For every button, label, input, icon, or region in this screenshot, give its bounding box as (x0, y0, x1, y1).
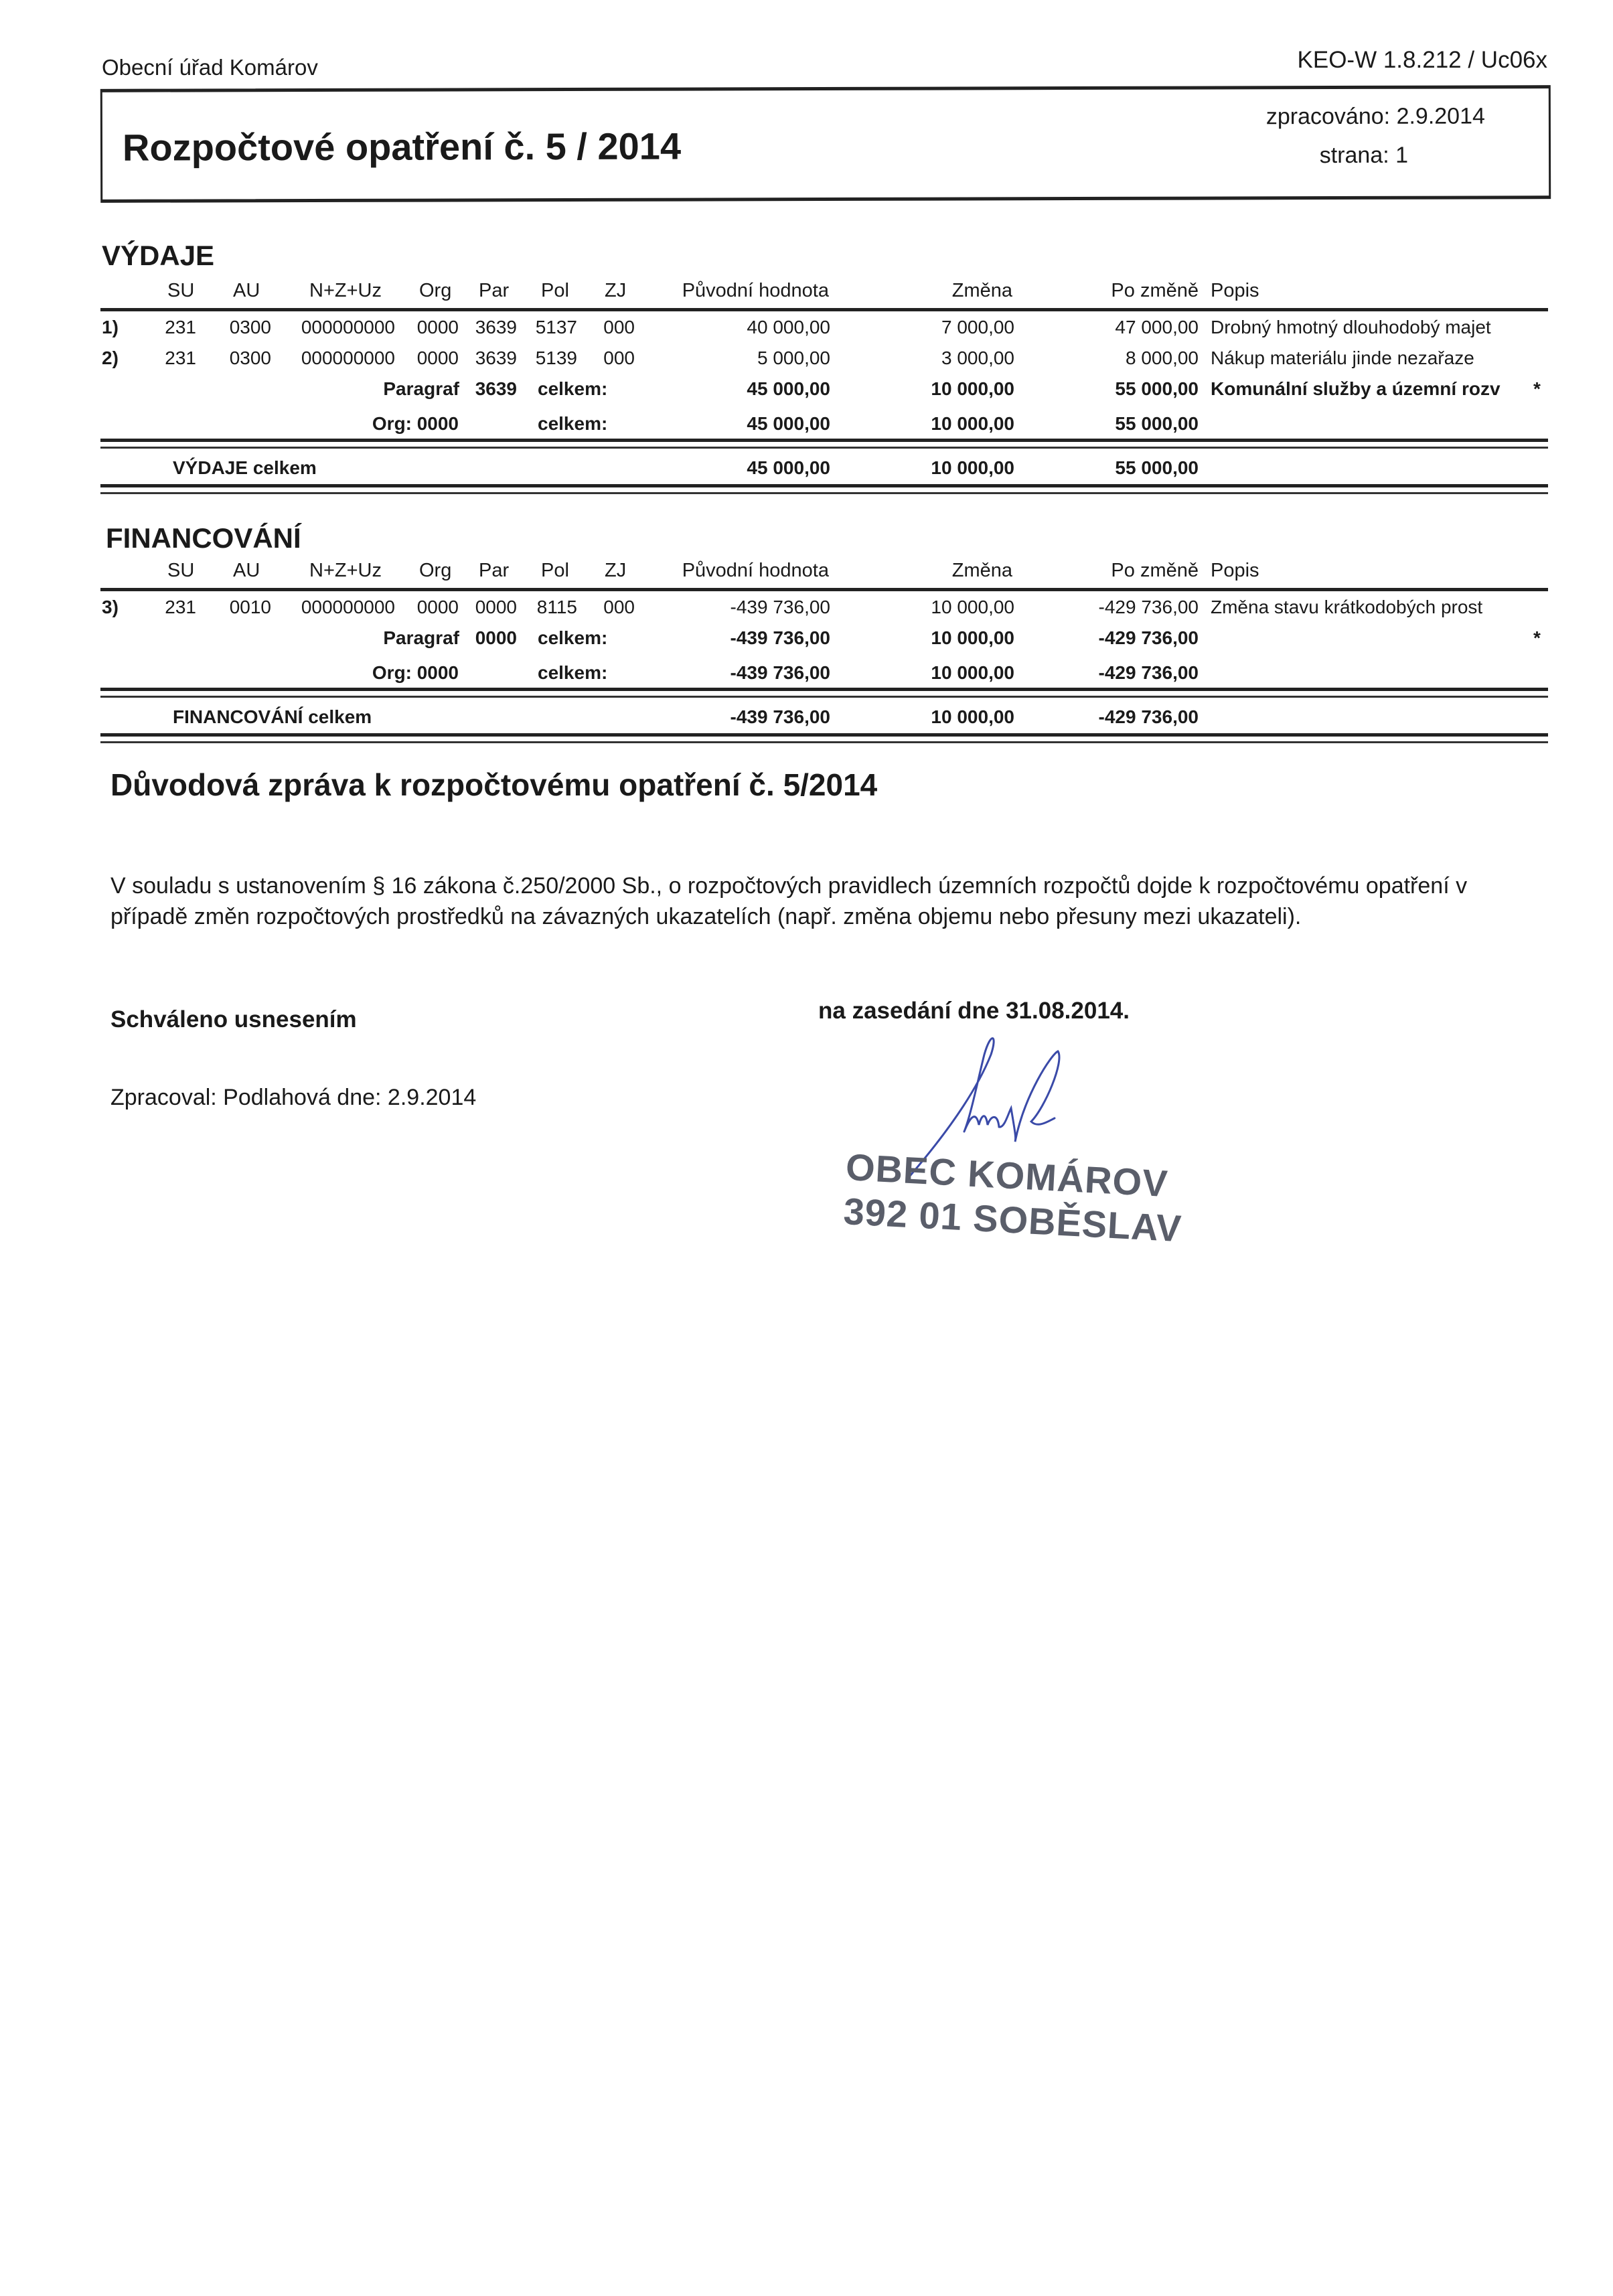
paragraph-total-code: 0000 (475, 627, 517, 649)
org-total-suffix: celkem: (538, 413, 607, 435)
cell-change: 10 000,00 (931, 597, 1014, 618)
rule-line (100, 588, 1548, 591)
cell-original: -439 736,00 (731, 597, 830, 618)
cell-change: 7 000,00 (941, 317, 1014, 338)
paragraph-total-code: 3639 (475, 378, 517, 400)
processed-label: zpracováno: (1266, 104, 1390, 129)
column-header-change: Změna (952, 560, 1012, 582)
column-header-par: Par (479, 560, 509, 582)
column-header-pol: Pol (541, 280, 569, 302)
grand-total-label: VÝDAJE celkem (173, 457, 317, 479)
cell-su: 231 (165, 348, 196, 369)
column-header-original: Původní hodnota (682, 280, 829, 302)
processed-by: Zpracoval: Podlahová dne: 2.9.2014 (110, 1085, 476, 1111)
column-header-su: SU (167, 560, 194, 582)
grand-total-original: -439 736,00 (731, 706, 830, 728)
paragraph-total-mark: * (1533, 627, 1541, 649)
cell-par: 0000 (475, 597, 517, 618)
rule-line (100, 688, 1548, 691)
cell-zj: 000 (603, 348, 635, 369)
rule-line (100, 733, 1548, 737)
org-total-original: -439 736,00 (731, 662, 830, 684)
document-title: Rozpočtové opatření č. 5 / 2014 (123, 125, 681, 169)
cell-au: 0300 (230, 348, 271, 369)
column-header-su: SU (167, 280, 194, 302)
cell-zj: 000 (603, 317, 635, 338)
org-total-change: 10 000,00 (931, 662, 1014, 684)
rule-line (100, 439, 1548, 442)
paragraph-total-after: -429 736,00 (1099, 627, 1199, 649)
cell-pol: 5139 (536, 348, 577, 369)
cell-org: 0000 (417, 597, 459, 618)
column-header-zj: ZJ (605, 280, 626, 302)
grand-total-change: 10 000,00 (931, 706, 1014, 728)
processed-date: zpracováno: 2.9.2014 (1266, 103, 1485, 130)
paragraph-total-suffix: celkem: (538, 378, 607, 400)
paragraph-total-description: Komunální služby a územní rozv (1211, 378, 1501, 400)
column-header-zj: ZJ (605, 560, 626, 582)
grand-total-change: 10 000,00 (931, 457, 1014, 479)
column-header-change: Změna (952, 280, 1012, 302)
cell-par: 3639 (475, 348, 517, 369)
paragraph-total-change: 10 000,00 (931, 627, 1014, 649)
cell-zj: 000 (603, 597, 635, 618)
column-header-nzuz: N+Z+Uz (309, 280, 382, 302)
cell-description: Drobný hmotný dlouhodobý majet (1211, 317, 1491, 338)
approved-label: Schváleno usnesením (110, 1006, 357, 1033)
processed-value: 2.9.2014 (1396, 103, 1484, 129)
cell-org: 0000 (417, 317, 459, 338)
org-total-suffix: celkem: (538, 662, 607, 684)
office-name: Obecní úřad Komárov (102, 55, 318, 80)
org-total-code: 0000 (417, 413, 459, 435)
column-header-nzuz: N+Z+Uz (309, 560, 382, 582)
title-box: Rozpočtové opatření č. 5 / 2014 zpracová… (100, 85, 1551, 203)
cell-no: 2) (102, 348, 119, 369)
rule-line (100, 484, 1548, 487)
cell-par: 3639 (475, 317, 517, 338)
grand-total-label: FINANCOVÁNÍ celkem (173, 706, 372, 728)
column-header-after: Po změně (1111, 560, 1199, 582)
cell-original: 40 000,00 (747, 317, 830, 338)
official-stamp: OBEC KOMÁROV 392 01 SOBĚSLAV (842, 1145, 1185, 1251)
paragraph-total-label: Paragraf (383, 627, 459, 649)
cell-pol: 8115 (537, 597, 577, 618)
column-header-pol: Pol (541, 560, 569, 582)
org-total-change: 10 000,00 (931, 413, 1014, 435)
page-indicator: strana: 1 (1320, 143, 1408, 169)
grand-total-original: 45 000,00 (747, 457, 830, 479)
cell-pol: 5137 (536, 317, 577, 338)
column-header-org: Org (419, 560, 451, 582)
cell-no: 1) (102, 317, 119, 338)
cell-no: 3) (102, 597, 119, 618)
cell-after: 8 000,00 (1126, 348, 1199, 369)
cell-after: 47 000,00 (1115, 317, 1199, 338)
column-header-par: Par (479, 280, 509, 302)
cell-description: Nákup materiálu jinde nezařaze (1211, 348, 1474, 369)
cell-au: 0010 (230, 597, 271, 618)
expenses-section-title: VÝDAJE (102, 240, 214, 272)
paragraph-total-mark: * (1533, 378, 1541, 400)
paragraph-total-original: 45 000,00 (747, 378, 830, 400)
column-header-after: Po změně (1111, 280, 1199, 302)
cell-change: 3 000,00 (941, 348, 1014, 369)
cell-su: 231 (165, 597, 196, 618)
software-version: KEO-W 1.8.212 / Uc06x (1298, 47, 1547, 74)
cell-description: Změna stavu krátkodobých prost (1211, 597, 1482, 618)
paragraph-total-change: 10 000,00 (931, 378, 1014, 400)
reason-text: V souladu s ustanovením § 16 zákona č.25… (110, 870, 1530, 932)
rule-line (100, 696, 1548, 698)
column-header-description: Popis (1211, 280, 1259, 302)
column-header-au: AU (233, 560, 260, 582)
page-number: 1 (1395, 143, 1408, 168)
column-header-original: Původní hodnota (682, 560, 829, 582)
cell-original: 5 000,00 (757, 348, 830, 369)
cell-au: 0300 (230, 317, 271, 338)
cell-nzuz: 000000000 (301, 597, 395, 618)
page-label: strana: (1320, 143, 1389, 168)
org-total-label: Org: (372, 413, 412, 435)
rule-line (100, 308, 1548, 311)
paragraph-total-suffix: celkem: (538, 627, 607, 649)
column-header-description: Popis (1211, 560, 1259, 582)
reason-title: Důvodová zpráva k rozpočtovému opatření … (110, 767, 877, 803)
financing-section-title: FINANCOVÁNÍ (106, 522, 301, 554)
cell-su: 231 (165, 317, 196, 338)
org-total-after: 55 000,00 (1115, 413, 1199, 435)
paragraph-total-label: Paragraf (383, 378, 459, 400)
rule-line (100, 741, 1548, 743)
rule-line (100, 492, 1548, 494)
org-total-after: -429 736,00 (1099, 662, 1199, 684)
paragraph-total-original: -439 736,00 (731, 627, 830, 649)
cell-nzuz: 000000000 (301, 348, 395, 369)
cell-after: -429 736,00 (1099, 597, 1199, 618)
org-total-label: Org: (372, 662, 412, 684)
cell-nzuz: 000000000 (301, 317, 395, 338)
rule-line (100, 447, 1548, 449)
column-header-org: Org (419, 280, 451, 302)
column-header-au: AU (233, 280, 260, 302)
org-total-code: 0000 (417, 662, 459, 684)
cell-org: 0000 (417, 348, 459, 369)
grand-total-after: -429 736,00 (1099, 706, 1199, 728)
paragraph-total-after: 55 000,00 (1115, 378, 1199, 400)
org-total-original: 45 000,00 (747, 413, 830, 435)
grand-total-after: 55 000,00 (1115, 457, 1199, 479)
